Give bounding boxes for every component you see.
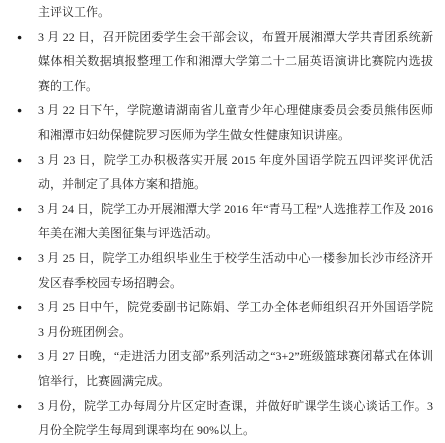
bullet-icon: ● [0,98,38,123]
list-item-text: 3 月 25 日中午，院党委副书记陈娟、学工办全体老师组织召开外国语学院 3 月… [38,295,433,344]
list-item-text: 3 月 23 日，院学工办积极落实开展 2015 年度外国语学院五四评奖评优活动… [38,148,433,197]
list-item-text: 3 月份，院学工办每周分片区定时查课，并做好旷课学生谈心谈话工作。3 月份全院学… [38,394,433,443]
list-item-text: 3 月 27 日晚，“走进活力团支部”系列活动之“3+2”班级篮球赛闭幕式在体训… [38,344,433,393]
continuation-line: 主评议工作。 [38,0,433,25]
bullet-icon: ● [0,295,38,320]
list-item-text: 3 月 25 日，院学工办组织毕业生于校学生活动中心一楼参加长沙市经济开发区春季… [38,246,433,295]
list-item: ● 3 月 27 日晚，“走进活力团支部”系列活动之“3+2”班级篮球赛闭幕式在… [0,344,433,393]
list-item: ● 3 月 25 日，院学工办组织毕业生于校学生活动中心一楼参加长沙市经济开发区… [0,246,433,295]
list-item-text: 3 月 24 日，院学工办开展湘潭大学 2016 年“青马工程”人选推荐工作及 … [38,197,433,246]
list-item: ● 3 月 22 日，召开院团委学生会干部会议，布置开展湘潭大学共青团系统新媒体… [0,25,433,99]
bullet-icon: ● [0,197,38,222]
list-item: ● 3 月 24 日，院学工办开展湘潭大学 2016 年“青马工程”人选推荐工作… [0,197,433,246]
list-item: ● 3 月 22 日下午，学院邀请湖南省儿童青少年心理健康委员会委员熊伟医师和湘… [0,98,433,147]
list-item: ● 3 月 25 日中午，院党委副书记陈娟、学工办全体老师组织召开外国语学院 3… [0,295,433,344]
list-item: ● 3 月份，院学工办每周分片区定时查课，并做好旷课学生谈心谈话工作。3 月份全… [0,394,433,443]
document-page: 主评议工作。 ● 3 月 22 日，召开院团委学生会干部会议，布置开展湘潭大学共… [0,0,445,443]
bullet-icon: ● [0,148,38,173]
bullet-icon: ● [0,344,38,369]
list-item: ● 3 月 23 日，院学工办积极落实开展 2015 年度外国语学院五四评奖评优… [0,148,433,197]
list-item-text: 3 月 22 日下午，学院邀请湖南省儿童青少年心理健康委员会委员熊伟医师和湘潭市… [38,98,433,147]
bulleted-list: ● 3 月 22 日，召开院团委学生会干部会议，布置开展湘潭大学共青团系统新媒体… [0,25,433,443]
bullet-icon: ● [0,394,38,419]
bullet-icon: ● [0,25,38,50]
bullet-icon: ● [0,246,38,271]
list-item-text: 3 月 22 日，召开院团委学生会干部会议，布置开展湘潭大学共青团系统新媒体相关… [38,25,433,99]
